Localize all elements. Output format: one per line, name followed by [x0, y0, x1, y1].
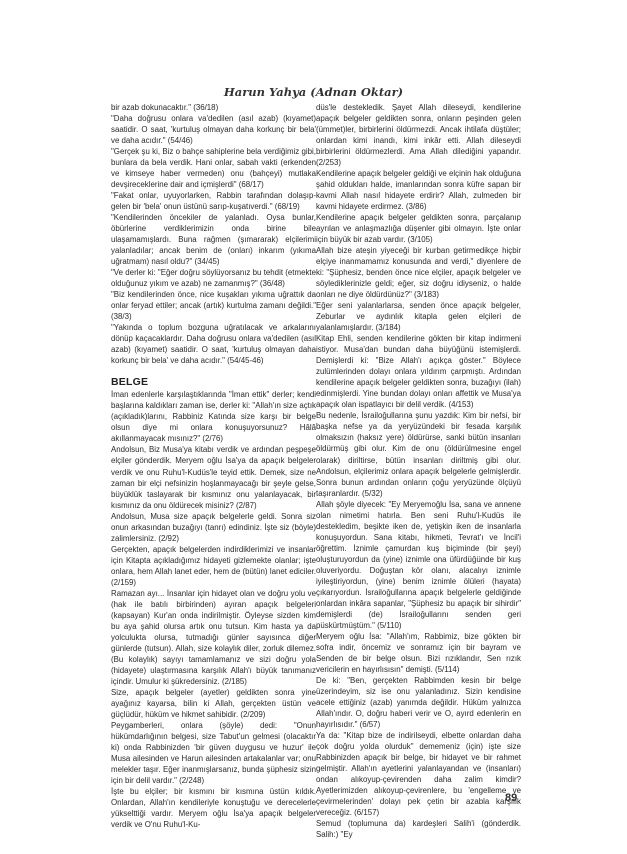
paragraph: Gerçekten, apaçık belgelerden indirdikle… — [111, 544, 316, 588]
paragraph: "Gerçek şu ki, Biz o bahçe sahiplerine b… — [111, 146, 316, 190]
paragraph: bir azab dokunacaktır." (36/18) — [111, 102, 316, 113]
paragraph: Eğer seni yalanlarlarsa, senden önce apa… — [316, 300, 521, 333]
left-column: bir azab dokunacaktır." (36/18) "Daha do… — [111, 102, 316, 830]
paragraph: Size, apaçık belgeler (ayetler) geldikte… — [111, 687, 316, 720]
paragraph: Kendilerine apaçık belgeler geldiği ve e… — [316, 168, 521, 212]
paragraph: Meryem oğlu İsa: "Allah'ım, Rabbimiz, bi… — [316, 631, 521, 675]
right-column: düs'le destekledik. Şayet Allah dileseyd… — [316, 102, 521, 840]
paragraph: Ya da: "Kitap bize de indirilseydi, elbe… — [316, 730, 521, 818]
paragraph: De ki: "Ben, gerçekten Rabbimden kesin b… — [316, 675, 521, 730]
paragraph: "Daha doğrusu onlara va'dedilen (asıl az… — [111, 113, 316, 146]
paragraph: İşte bu elçiler; bir kısmını bir kısmına… — [111, 786, 316, 830]
running-header-title: Harun Yahya (Adnan Oktar) — [0, 85, 627, 99]
paragraph: Kitap Ehli, senden kendilerine gökten bi… — [316, 333, 521, 410]
paragraph: İman edenlerle karşılaştıklarında "İman … — [111, 389, 316, 444]
paragraph: "Yakında o toplum bozguna uğratılacak ve… — [111, 322, 316, 366]
paragraph: Kendilerine apaçık belgeler geldikten so… — [316, 212, 521, 245]
paragraph: "Ve derler ki: "Eğer doğru söylüyorsanız… — [111, 267, 316, 289]
paragraph: "Biz kendilerinden önce, nice kuşakları … — [111, 289, 316, 322]
paragraph: Andolsun, Biz Musa'ya kitabı verdik ve a… — [111, 444, 316, 510]
paragraph: Andolsun, Musa size apaçık belgelerle ge… — [111, 511, 316, 544]
paragraph: Allah bize ateşin yiyeceği bir kurban ge… — [316, 245, 521, 300]
paragraph: Ramazan ayı... İnsanlar için hidayet ola… — [111, 588, 316, 687]
paragraph: Semud (toplumuna da) kardeşleri Salih'i … — [316, 818, 521, 840]
paragraph: Peygamberleri, onlara (şöyle) dedi: "Onu… — [111, 720, 316, 786]
section-heading: BELGE — [111, 377, 316, 388]
paragraph: Allah şöyle diyecek: "Ey Meryemoğlu İsa,… — [316, 499, 521, 631]
paragraph: düs'le destekledik. Şayet Allah dileseyd… — [316, 102, 521, 168]
paragraph: "Kendilerinden öncekiler de yalanladı. O… — [111, 212, 316, 267]
page-number: 89 — [505, 792, 517, 804]
paragraph: "Fakat onlar, uyuyorlarken, Rabbin taraf… — [111, 190, 316, 212]
paragraph: Bu nedenle, İsrailoğullarına şunu yazdık… — [316, 410, 521, 498]
